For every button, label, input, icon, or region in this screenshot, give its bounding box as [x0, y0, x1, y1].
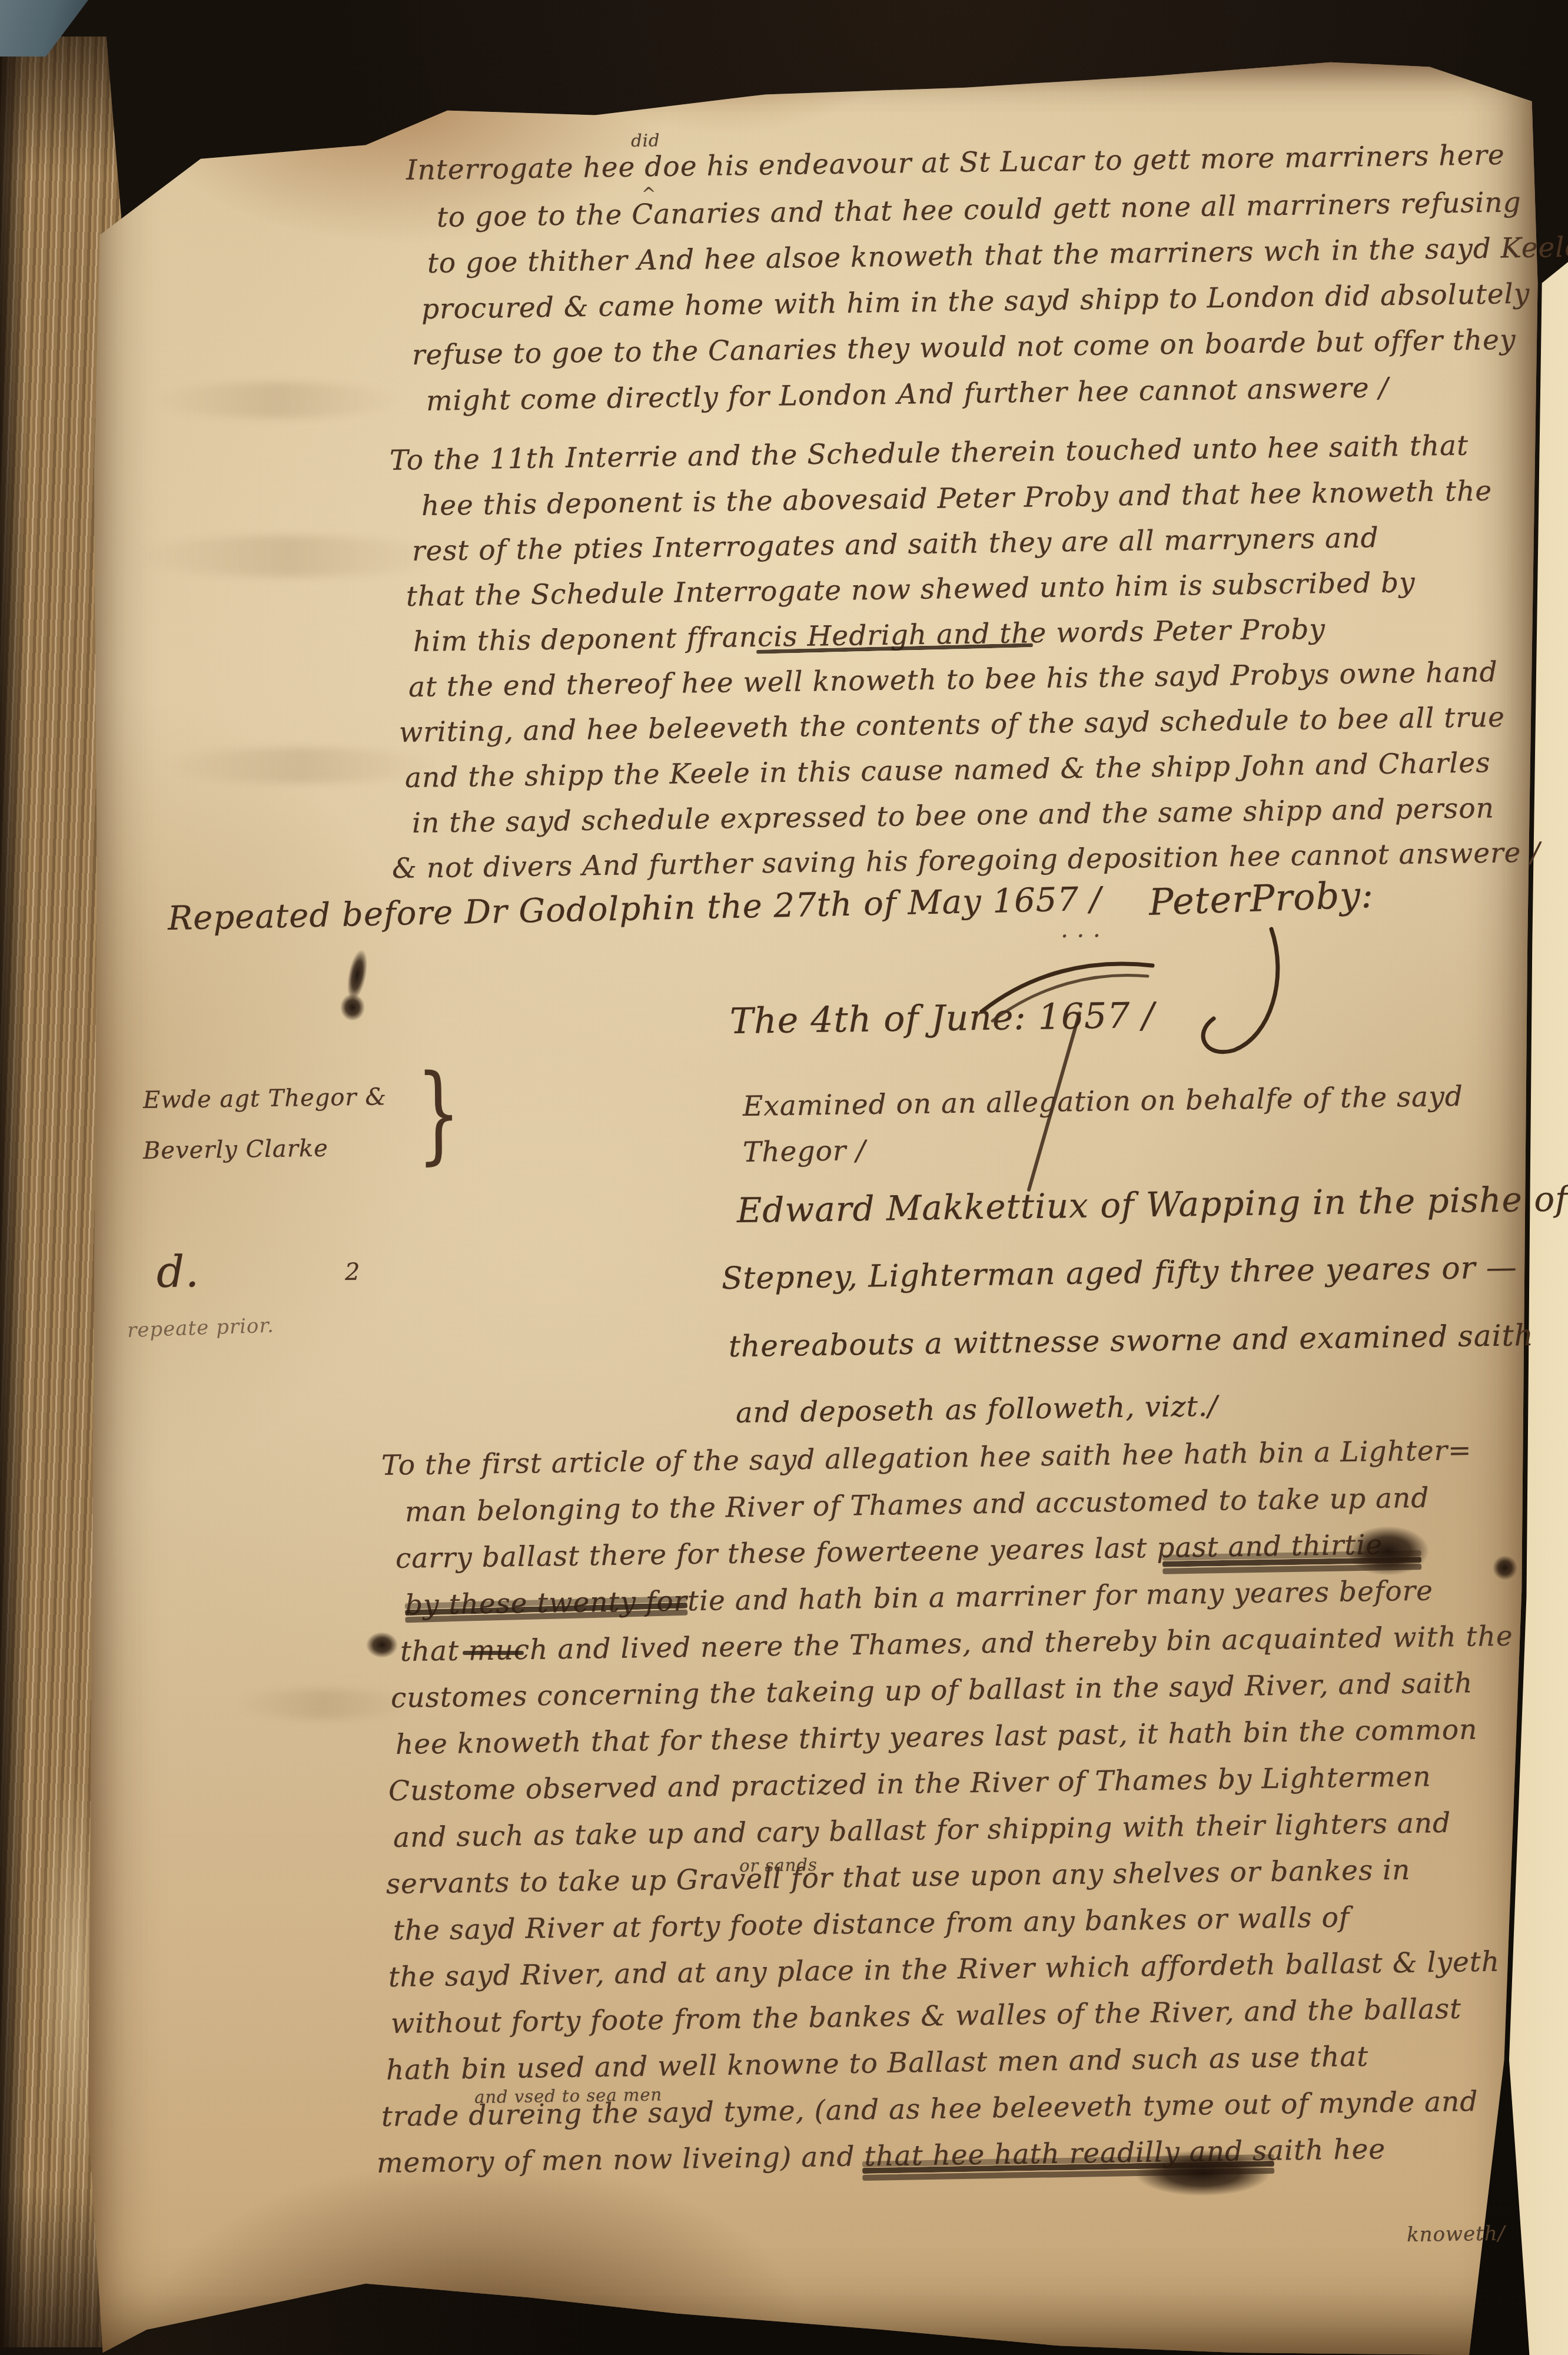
ink-blot	[1493, 1555, 1517, 1580]
ink-blot	[366, 1632, 398, 1658]
witness-heading-line: and deposeth as followeth, vizt./	[736, 1390, 1218, 1429]
session-date-heading: The 4th of June: 1657 /	[730, 995, 1155, 1042]
signature-descender-loop	[1183, 924, 1295, 1066]
ink-blot	[1135, 2150, 1270, 2196]
signature-dots: . . .	[1061, 916, 1101, 943]
show-through-smudge	[135, 536, 441, 577]
margin-case-note: Beverly Clarke	[143, 1135, 328, 1165]
show-through-smudge	[235, 1690, 412, 1719]
margin-case-note: Ewde agt Thegor &	[143, 1083, 387, 1114]
ink-blot	[1347, 1526, 1429, 1575]
ink-blot	[340, 994, 365, 1021]
interlinear-insertion-did: did	[631, 130, 660, 151]
catchword: knoweth/	[1407, 2222, 1506, 2247]
margin-brace: }	[416, 1052, 461, 1176]
deponent-signature: PeterProby:	[1148, 873, 1374, 924]
show-through-smudge	[165, 748, 436, 783]
strikethrough-mark	[463, 1651, 524, 1655]
margin-number: 2	[345, 1259, 361, 1286]
show-through-smudge	[153, 383, 400, 418]
party-name-line: Thegor /	[743, 1135, 866, 1169]
margin-mark: d.	[156, 1246, 200, 1298]
photograph-of-manuscript-book: did ^ Interrogate hee doe his endeavour …	[0, 0, 1568, 2355]
